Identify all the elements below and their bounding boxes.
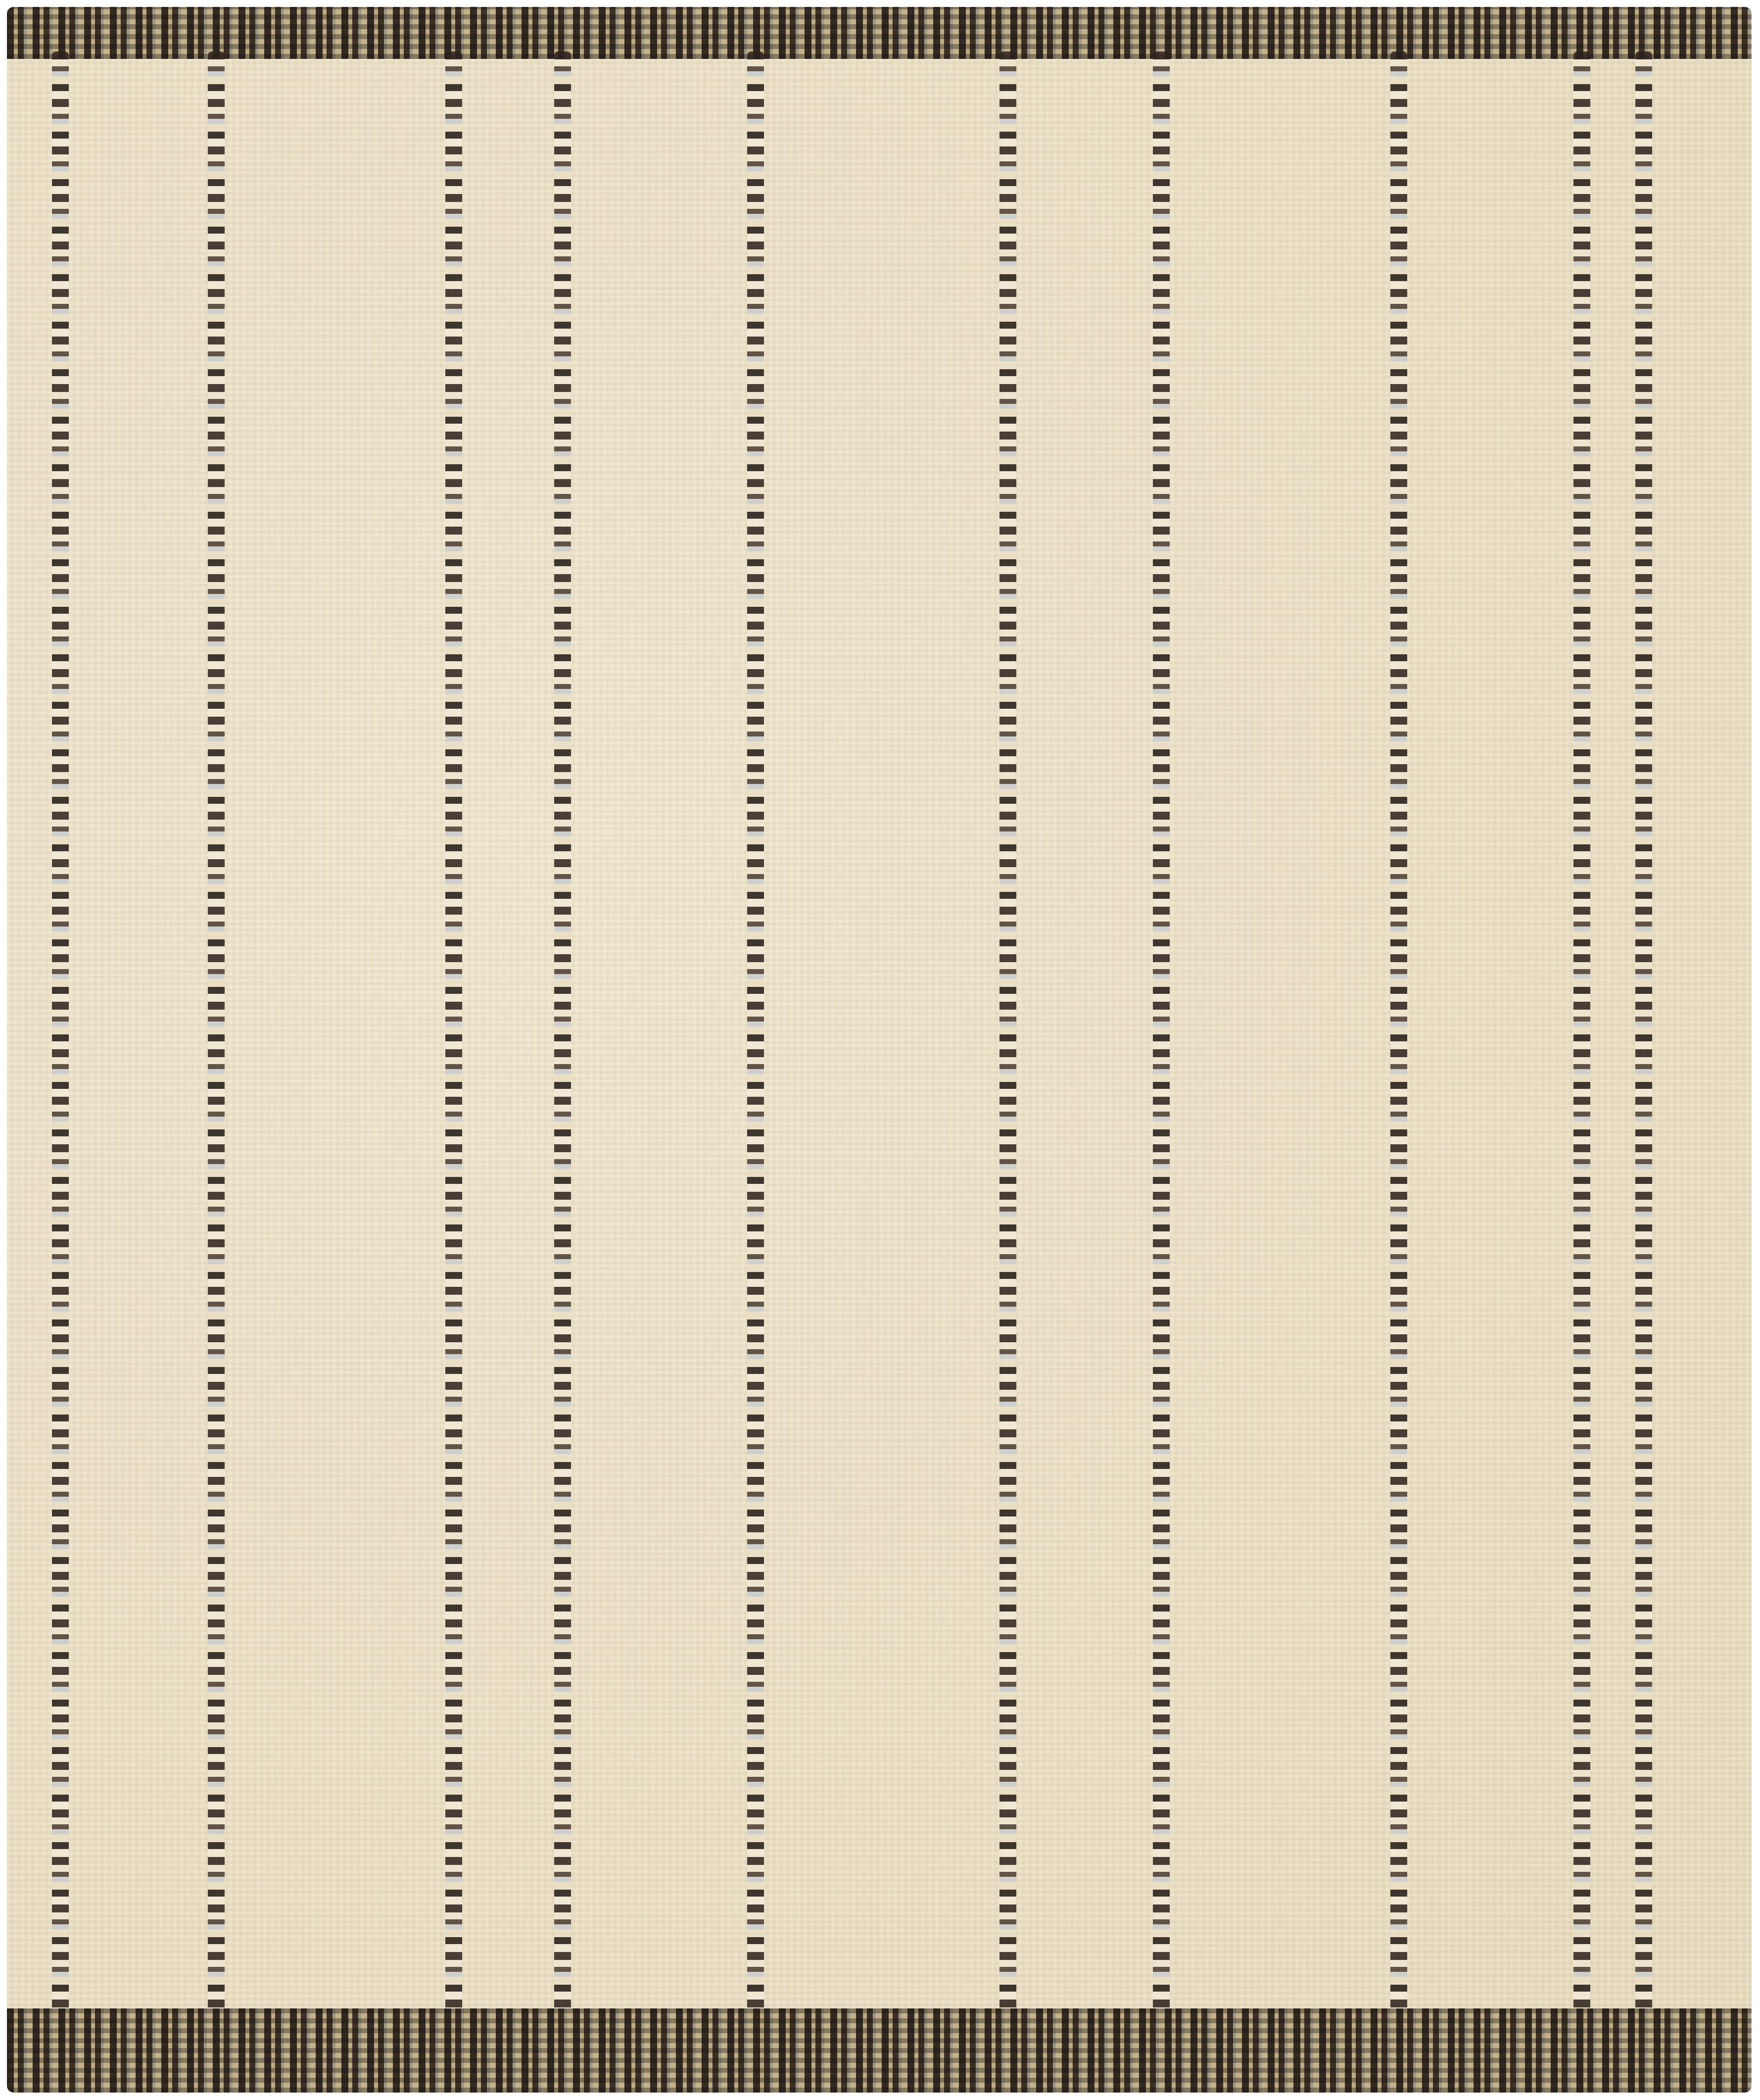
rug-top-border-band [7,7,1752,59]
rug-bottom-border-band [7,2008,1752,2093]
rug-stripe [445,51,462,2013]
rug-stripe [999,51,1016,2013]
rug-stripe [747,51,764,2013]
rug-stripe [554,51,571,2013]
rug-stripe [1635,51,1652,2013]
rug-stripe [1573,51,1590,2013]
rug-stripe [208,51,225,2013]
rug-stripe [1390,51,1407,2013]
rug [7,7,1752,2093]
rug-stripe [52,51,69,2013]
rug-stripe [1153,51,1170,2013]
